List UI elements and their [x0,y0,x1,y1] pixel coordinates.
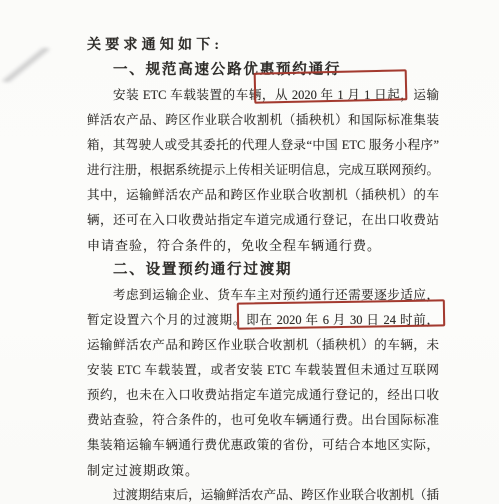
doc-line: 其中，运输鲜活农产品和跨区作业联合收割机（插秧机）的车 [87,183,439,208]
notice-intro-line: 关要求通知如下: [87,33,439,58]
doc-line-clipped: 过渡期结束后，运输鲜活农产品、跨区作业联合收割机（插 [87,483,439,504]
doc-line: 箱，其驾驶人或受其委托的代理人登录“中国 ETC 服务小程序” [87,133,439,158]
doc-line: 辆，还可在入口收费站指定车道完成通行登记，在出口收费站 [87,208,439,233]
scanned-notice-page: 关要求通知如下: 一、规范高速公路优惠预约通行 安装 ETC 车载装置的车辆，从… [0,0,499,504]
doc-line: 运输鲜活农产品和跨区作业联合收割机（插秧机）的车辆，未 [87,333,439,358]
doc-line: 申请查验，符合条件的，免收全程车辆通行费。 [87,233,439,258]
doc-line: 安装 ETC 车载装置，或者安装 ETC 车载装置但未通过互联网 [87,358,439,383]
doc-line: 费站查验，符合条件的，也可免收车辆通行费。出台国际标准 [87,408,439,433]
scan-smudge-mark [2,44,50,86]
highlight-box-jan-1-date [254,69,408,103]
doc-line: 预约，也未在入口收费站指定车道完成通行登记的，经出口收 [87,383,439,408]
highlight-box-june-30-deadline [237,299,445,329]
doc-line: 制定过渡期政策。 [87,458,439,483]
notice-body-text: 关要求通知如下: 一、规范高速公路优惠预约通行 安装 ETC 车载装置的车辆，从… [87,33,439,504]
section-heading-2: 二、设置预约通行过渡期 [87,258,439,283]
doc-line: 进行注册，根据系统提示上传相关证明信息，完成互联网预约。 [87,158,439,183]
doc-line: 鲜活农产品、跨区作业联合收割机（插秧机）和国际标准集装 [87,108,439,133]
doc-line: 集装箱运输车辆通行费优惠政策的省份，可结合本地区实际， [87,433,439,458]
